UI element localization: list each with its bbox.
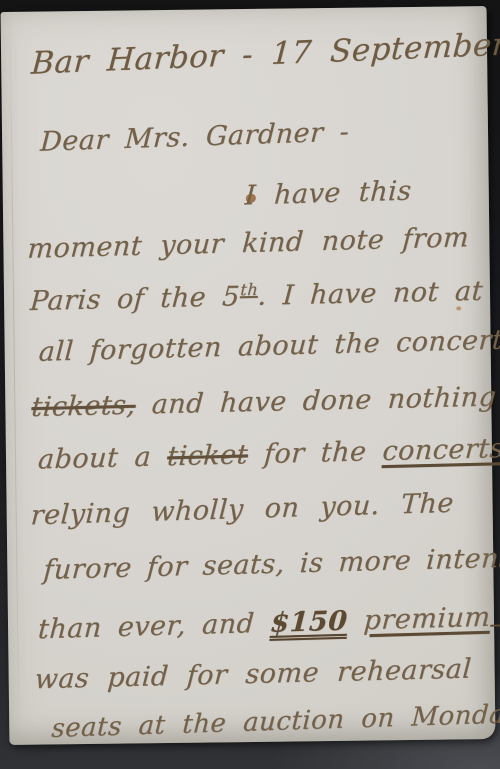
struck-word-tickets: tickets, bbox=[30, 390, 136, 423]
underlined-word-concerts: concerts bbox=[382, 433, 500, 467]
superscript-th: th bbox=[240, 280, 259, 299]
letter-text: I have this bbox=[244, 175, 412, 211]
letter-text: seats at the auction on Monday bbox=[51, 699, 500, 744]
letter-text: Dear Mrs. Gardner - bbox=[39, 116, 350, 157]
letter-line-6: all forgotten about the concert bbox=[38, 327, 500, 368]
letter-text: Bar Harbor - 17 September 1890 bbox=[30, 23, 500, 82]
letter-line-13: seats at the auction on Monday bbox=[51, 701, 500, 743]
letter-text: for the bbox=[247, 436, 384, 470]
letter-line-8: about a ticket for the concerts, bbox=[37, 435, 500, 475]
underlined-amount-150-dollars: $150 bbox=[270, 606, 349, 639]
letter-line-7: tickets, and have done nothing bbox=[30, 384, 497, 423]
letter-line-12: was paid for some rehearsal bbox=[34, 656, 473, 695]
letter-text: and have done nothing bbox=[135, 382, 498, 421]
struck-word-ticket: ticket bbox=[166, 439, 249, 472]
underlined-word-premium: premium bbox=[363, 601, 500, 636]
letter-text: Paris of the 5 bbox=[29, 281, 241, 317]
letter-line-place-date: Bar Harbor - 17 September 1890 bbox=[30, 25, 500, 81]
letter-text: moment your kind note from bbox=[27, 222, 470, 265]
letter-text bbox=[347, 605, 365, 637]
letter-text: all forgotten about the concert bbox=[38, 325, 500, 368]
letter-line-salutation: Dear Mrs. Gardner - bbox=[39, 118, 349, 157]
letter-text: about a bbox=[37, 441, 168, 475]
letter-page: Bar Harbor - 17 September 1890 Dear Mrs.… bbox=[1, 6, 496, 745]
photo-background: Bar Harbor - 17 September 1890 Dear Mrs.… bbox=[0, 0, 500, 769]
letter-text: . I have not at bbox=[257, 276, 484, 312]
paper-crease bbox=[10, 12, 20, 745]
letter-line-11: than ever, and $150 premium bbox=[37, 600, 500, 645]
letter-text: furore for seats, is more intense bbox=[42, 542, 500, 586]
letter-text: was paid for some rehearsal bbox=[34, 654, 473, 696]
letter-line-10: furore for seats, is more intense bbox=[43, 544, 500, 585]
letter-text: than ever, and bbox=[37, 608, 271, 646]
letter-line-4: moment your kind note from bbox=[27, 224, 470, 264]
letter-line-5: Paris of the 5th. I have not at bbox=[29, 276, 484, 317]
letter-line-3: I have this bbox=[244, 178, 412, 211]
letter-line-9: relying wholly on you. The bbox=[30, 490, 455, 531]
letter-text: relying wholly on you. The bbox=[30, 488, 455, 532]
